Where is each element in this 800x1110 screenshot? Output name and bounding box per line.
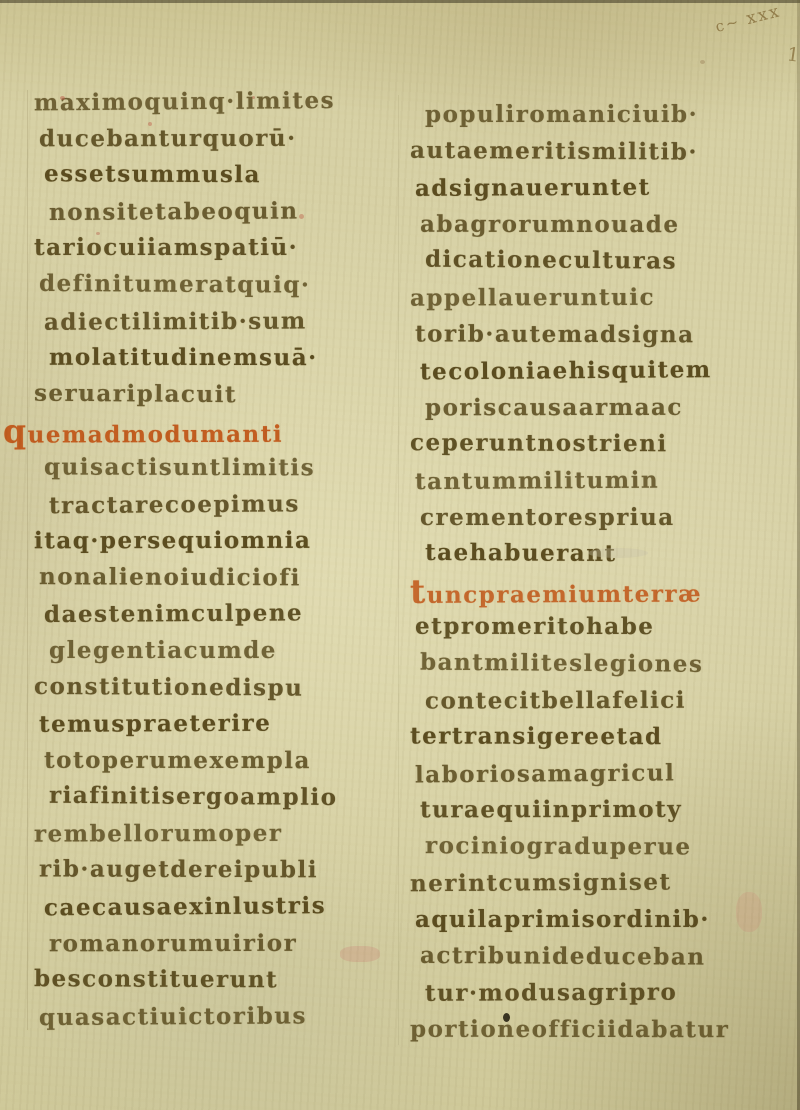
text-line: riafinitisergoamplio xyxy=(30,778,398,817)
ruling-line-center xyxy=(398,95,399,1045)
text-line: nonsitetabeoquin xyxy=(30,193,398,232)
photo-edge-top xyxy=(0,0,800,3)
text-line: etpromeritohabe xyxy=(406,609,796,646)
text-line: rociniograduperue xyxy=(406,828,796,866)
rubric-line: tuncpraemiumterræ xyxy=(406,572,796,610)
text-line: aquilaprimisordinib· xyxy=(406,902,796,939)
text-line: dicationeculturas xyxy=(406,242,796,282)
text-line: quasactiuictoribus xyxy=(30,998,398,1037)
text-line: autaemeritismilitib· xyxy=(406,132,796,171)
folio-annotation: c~xxx xyxy=(713,0,800,50)
folio-swash-mark: c~ xyxy=(713,12,742,36)
text-line: glegentiacumde xyxy=(30,633,398,670)
text-line: adsignaueruntet xyxy=(406,169,796,207)
text-column-right: populiromaniciuib·autaemeritismilitib·ad… xyxy=(406,97,796,1048)
text-line: tecoloniaehisquitem xyxy=(406,352,796,392)
text-line: maximoquinq·limites xyxy=(30,83,398,122)
text-column-left: maximoquinq·limitesducebanturquorū·esset… xyxy=(30,84,398,1035)
text-line: rembellorumoper xyxy=(30,815,398,853)
text-line: daestenimculpene xyxy=(30,595,398,634)
text-line: definitumeratquiq· xyxy=(30,266,398,305)
text-line: tertransigereetad xyxy=(406,718,796,756)
text-line: crementorespriua xyxy=(406,500,796,537)
text-line: portioneofficiidabatur xyxy=(406,1012,796,1049)
text-line: totoperumexempla xyxy=(30,742,398,779)
text-line: nerintcumsigniset xyxy=(406,864,796,903)
text-line: turaequiinprimoty xyxy=(406,792,796,829)
text-line: taehabuerant xyxy=(406,535,796,574)
text-line: romanorumuirior xyxy=(30,925,398,962)
text-line: temuspraeterire xyxy=(30,705,398,743)
text-line: populiromaniciuib· xyxy=(406,97,796,134)
text-line: actribunideduceban xyxy=(406,937,796,976)
text-line: essetsummusla xyxy=(30,156,398,194)
text-line: rib·augetdereipubli xyxy=(30,852,398,890)
manuscript-page: c~xxx 1 maximoquinq·limitesducebanturquo… xyxy=(0,0,800,1110)
text-line: torib·autemadsigna xyxy=(406,316,796,354)
text-line: tantummilitumin xyxy=(406,462,796,501)
text-line: appellaueruntuic xyxy=(406,279,796,317)
text-line: ducebanturquorū· xyxy=(30,120,398,157)
text-line: seruariplacuit xyxy=(30,375,398,414)
margin-mark: 1 xyxy=(786,43,800,66)
text-line: itaq·persequiomnia xyxy=(30,523,398,560)
text-line: quisactisuntlimitis xyxy=(30,449,398,487)
text-line: tractarecoepimus xyxy=(30,485,398,524)
text-line: caecausaexinlustris xyxy=(30,888,398,927)
ruling-line-left xyxy=(27,90,28,1030)
text-line: laboriosamagricul xyxy=(406,754,796,794)
text-line: molatitudinemsuā· xyxy=(30,340,398,377)
parchment-speckle xyxy=(700,60,705,64)
text-line: nonalienoiudiciofi xyxy=(30,559,398,597)
text-line: contecitbellafelici xyxy=(406,682,796,720)
text-line: adiectilimitib·sum xyxy=(30,303,398,341)
text-line: constitutionedispu xyxy=(30,668,398,707)
text-line: poriscausaarmaac xyxy=(406,389,796,426)
text-line: bantmiliteslegiones xyxy=(406,644,796,684)
text-line: tur·modusagripro xyxy=(406,974,796,1012)
folio-number-text: xxx xyxy=(744,1,783,29)
rubric-line: quemadmodumanti xyxy=(3,413,398,451)
text-line: abagrorumnouade xyxy=(406,206,796,243)
text-line: besconstituerunt xyxy=(30,961,398,999)
text-line: ceperuntnostrieni xyxy=(406,425,796,463)
text-line: tariocuiiamspatiū· xyxy=(30,230,398,267)
